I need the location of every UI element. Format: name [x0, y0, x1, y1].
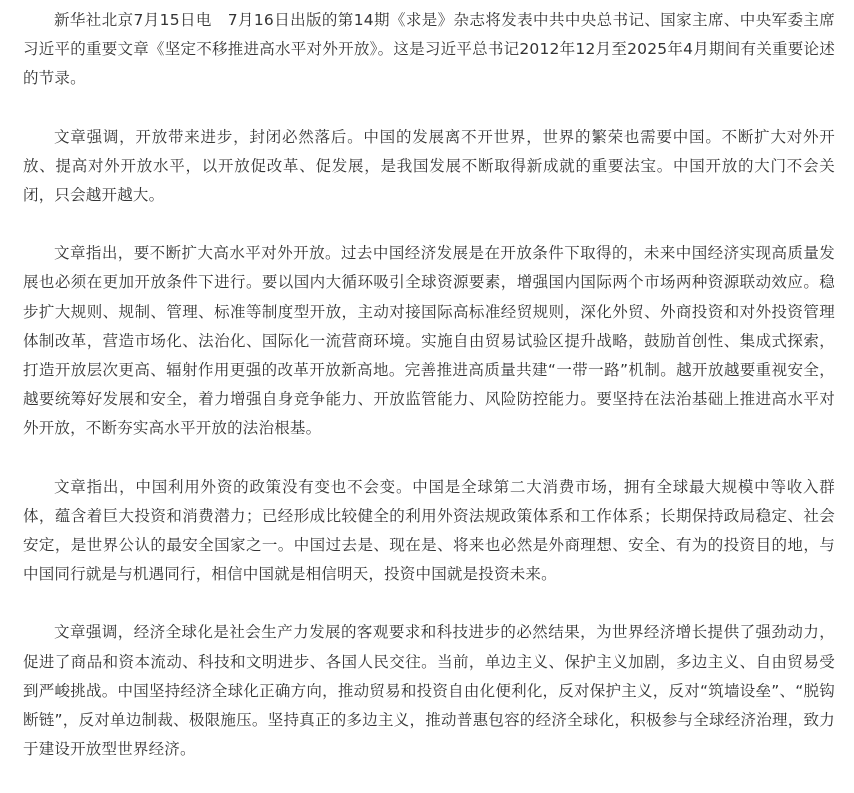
article-paragraph-foreign-investment: 文章指出，中国利用外资的政策没有变也不会变。中国是全球第二大消费市场，拥有全球最…	[23, 473, 835, 590]
article-paragraph-globalization: 文章强调，经济全球化是社会生产力发展的客观要求和科技进步的必然结果，为世界经济增…	[23, 618, 835, 714]
article-body: 新华社北京7月15日电 7月16日出版的第14期《求是》杂志将发表中共中央总书记…	[23, 6, 835, 714]
article-paragraph-lead: 新华社北京7月15日电 7月16日出版的第14期《求是》杂志将发表中共中央总书记…	[23, 6, 835, 94]
article-paragraph-openness-progress: 文章强调，开放带来进步，封闭必然落后。中国的发展离不开世界，世界的繁荣也需要中国…	[23, 123, 835, 211]
article-paragraph-high-level-opening: 文章指出，要不断扩大高水平对外开放。过去中国经济发展是在开放条件下取得的，未来中…	[23, 239, 835, 443]
